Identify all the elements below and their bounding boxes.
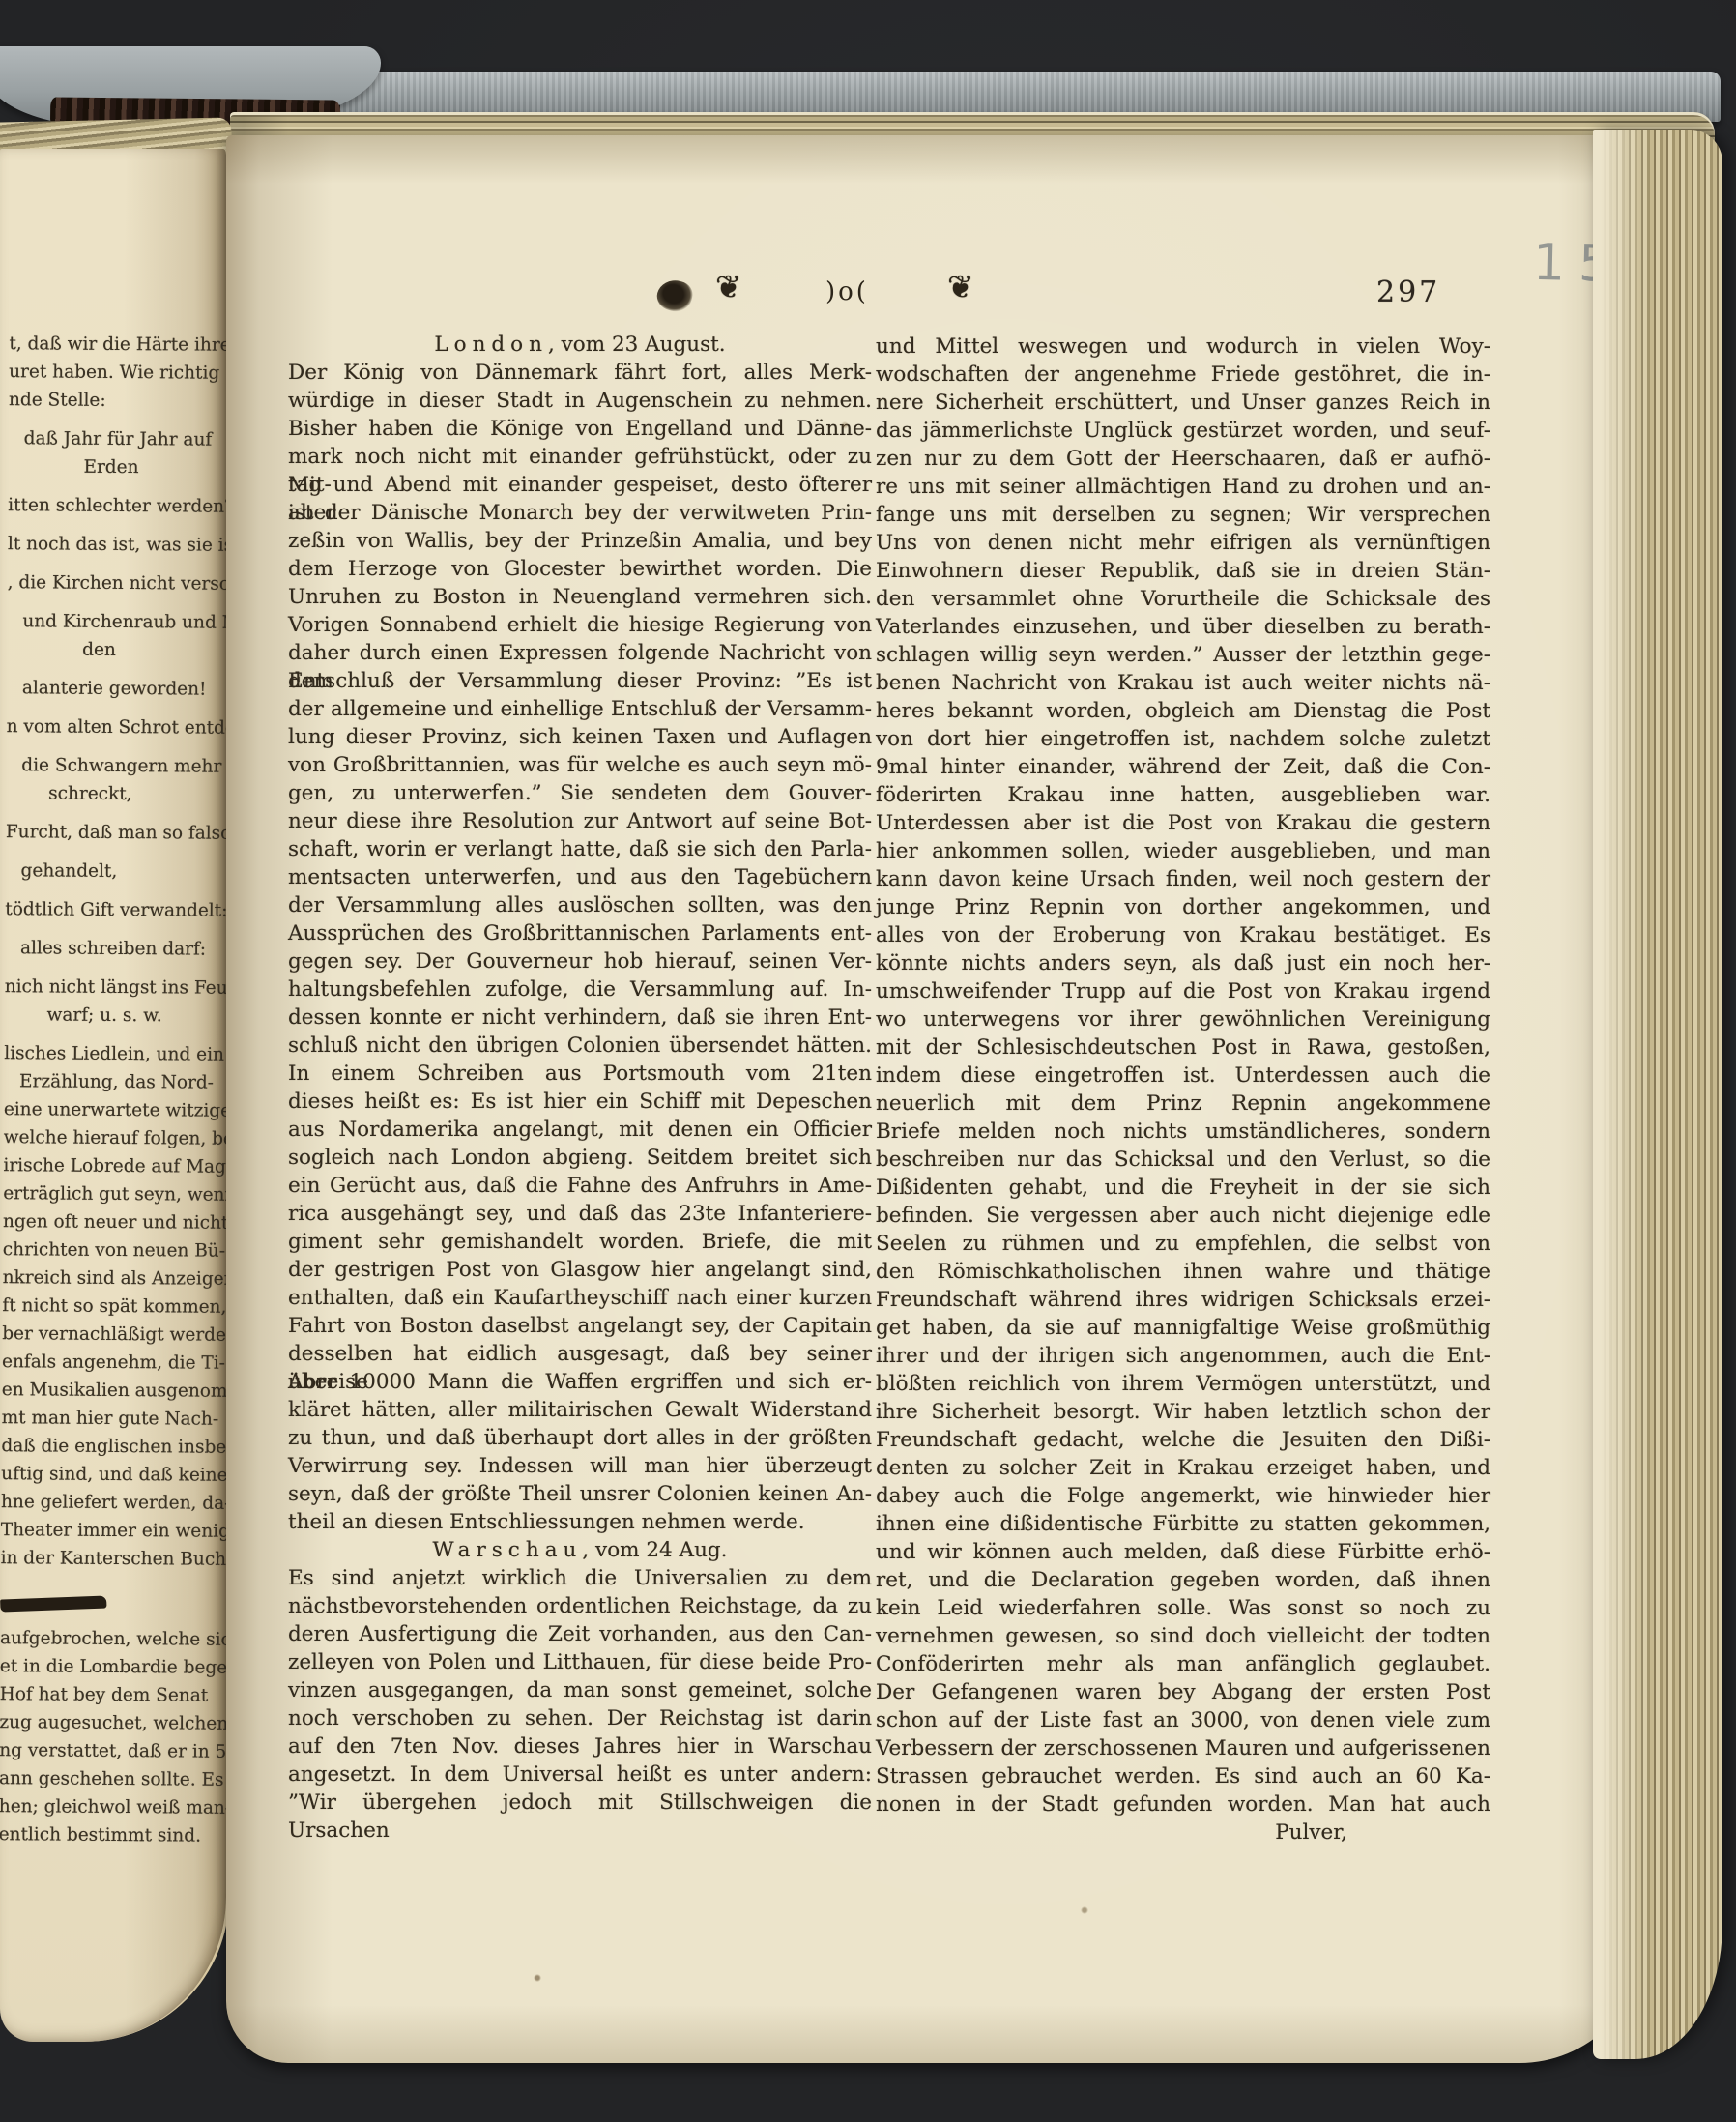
text-line: junge Prinz Repnin von dorther angekomme…: [876, 893, 1490, 921]
text-line: sogleich nach London abgieng. Seitdem br…: [288, 1144, 872, 1172]
text-line: föderirten Krakau inne hatten, ausgeblie…: [876, 781, 1490, 809]
fragment-line: entlich bestimmt sind.: [0, 1820, 229, 1850]
fleuron-ornament-icon: ❦: [947, 271, 974, 303]
text-line: auf den 7ten Nov. dieses Jahres hier in …: [288, 1732, 872, 1760]
fragment-line: Furcht, daß man so falsch: [6, 818, 229, 848]
fragment-line: in der Kanterschen Buch-: [1, 1544, 229, 1574]
text-line: daher durch einen Expressen folgende Nac…: [288, 639, 872, 667]
ink-blot: [654, 276, 696, 315]
text-line: kläret hätten, aller militairischen Gewa…: [288, 1396, 872, 1424]
fragment-line: die Schwangern mehr er-: [6, 751, 229, 781]
text-line: wodschaften der angenehme Friede gestöhr…: [876, 361, 1490, 389]
page-number: 297: [1376, 276, 1440, 309]
text-line: Unruhen zu Boston in Neuengland vermehre…: [288, 583, 872, 611]
fragment-line: , die Kirchen nicht verschließt:: [8, 568, 229, 598]
fragment-line: et in die Lombardie bege-: [0, 1652, 229, 1682]
fragment-line: ngen oft neuer und nicht: [3, 1207, 229, 1237]
fragment-line: ft nicht so spät kommen,: [2, 1292, 229, 1322]
text-line: Entschluß der Versammlung dieser Provinz…: [288, 667, 872, 695]
text-line: wo unterwegens vor ihrer gewöhnlichen Ve…: [876, 1005, 1490, 1033]
fragment-line: warf; u. s. w.: [4, 1001, 229, 1031]
text-line: neur diese ihre Resolution zur Antwort a…: [288, 807, 872, 835]
text-line: Fahrt von Boston daselbst angelangt sey,…: [288, 1312, 872, 1340]
text-line: dieses heißt es: Es ist hier ein Schiff …: [288, 1088, 872, 1116]
fragment-line: uftig sind, und daß keine: [1, 1460, 229, 1490]
fragment-line: aufgebrochen, welche sich: [0, 1624, 229, 1654]
text-line: schlagen willig seyn werden.” Ausser der…: [876, 641, 1490, 669]
fragment-line: lisches Liedlein, und ein: [4, 1039, 229, 1069]
text-line: Verbessern der zerschossenen Mauren und …: [876, 1734, 1490, 1762]
text-line: 9mal hinter einander, während der Zeit, …: [876, 753, 1490, 781]
text-line: Es sind anjetzt wirklich die Universalie…: [288, 1564, 872, 1592]
text-line: Unterdessen aber ist die Post von Krakau…: [876, 809, 1490, 837]
text-line: zeßin von Wallis, bey der Prinzeßin Amal…: [288, 527, 872, 555]
text-line: das jämmerlichste Unglück gestürzet word…: [876, 417, 1490, 445]
fragment-line: hen; gleichwol weiß man-: [0, 1792, 229, 1822]
fragment-line: alanterie geworden!: [7, 674, 229, 704]
text-line: Conföderirten mehr als man anfänglich ge…: [876, 1650, 1490, 1678]
text-line: rica ausgehängt sey, und daß das 23te In…: [288, 1200, 872, 1228]
text-line: und Mittel weswegen und wodurch in viele…: [876, 333, 1490, 361]
text-line: nonen in der Stadt gefunden worden. Man …: [876, 1790, 1490, 1818]
text-line: kann davon keine Ursach finden, weil noc…: [876, 865, 1490, 893]
fragment-line: n vom alten Schrot entdeckt,: [7, 712, 229, 742]
text-line: noch verschoben zu sehen. Der Reichstag …: [288, 1704, 872, 1732]
fragment-line: ng verstattet, daß er in 5: [0, 1736, 229, 1766]
fragment-line: chrichten von neuen Bü-: [3, 1235, 229, 1265]
dateline-date: , vom 24 Aug.: [582, 1538, 727, 1562]
fragment-line: Erzählung, das Nord-: [4, 1067, 229, 1097]
book-photograph: t, daß wir die Härte ihreruret haben. Wi…: [0, 0, 1736, 2122]
text-line: der allgemeine und einhellige Entschluß …: [288, 695, 872, 723]
dateline-city: London: [434, 333, 548, 357]
text-line: vinzen ausgegangen, da man sonst gemeine…: [288, 1676, 872, 1704]
text-line: ihnen eine dißidentische Fürbitte zu sta…: [876, 1510, 1490, 1538]
text-line: blößten reichlich von ihrem Vermögen unt…: [876, 1370, 1490, 1398]
fragment-line: lt noch das ist, was sie ist,: [8, 530, 229, 560]
text-line: Briefe melden noch nichts umständlichere…: [876, 1118, 1490, 1146]
text-line: könnte nichts anders seyn, als daß just …: [876, 949, 1490, 977]
text-line: giment sehr gemishandelt worden. Briefe,…: [288, 1228, 872, 1256]
text-line: gegen sey. Der Gouverneur hob hierauf, s…: [288, 947, 872, 975]
text-line: aus Nordamerika angelangt, mit denen ein…: [288, 1116, 872, 1144]
text-line: Freundschaft gedacht, welche die Jesuite…: [876, 1426, 1490, 1454]
text-line: tag und Abend mit einander gespeiset, de…: [288, 471, 872, 499]
signature-mark: )o(: [825, 277, 869, 306]
text-line: deren Ausfertigung die Zeit vorhanden, a…: [288, 1620, 872, 1648]
fragment-line: daß die englischen insbe-: [1, 1432, 229, 1462]
text-line: mit der Schlesischdeutschen Post in Rawa…: [876, 1033, 1490, 1061]
text-line: seyn, daß der größte Theil unsrer Coloni…: [288, 1480, 872, 1508]
text-line: Aussprüchen des Großbrittannischen Parla…: [288, 919, 872, 947]
text-line: Uns von denen nicht mehr eifrigen als ve…: [876, 529, 1490, 557]
text-line: zen nur zu dem Gott der Heerschaaren, da…: [876, 445, 1490, 473]
text-line: desselben hat eidlich ausgesagt, daß bey…: [288, 1340, 872, 1368]
text-line: Vaterlandes einzusehen, und über dieselb…: [876, 613, 1490, 641]
fragment-line: erträglich gut seyn, wenn: [3, 1179, 229, 1209]
text-line: alles von der Eroberung von Krakau bestä…: [876, 921, 1490, 949]
text-line: zu thun, und daß überhaupt dort alles in…: [288, 1424, 872, 1452]
text-line: neuerlich mit dem Prinz Repnin angekomme…: [876, 1090, 1490, 1118]
text-line: schluß nicht den übrigen Colonien überse…: [288, 1032, 872, 1060]
article-heading-warschau: Warschau, vom 24 Aug.: [288, 1536, 872, 1564]
text-line: In einem Schreiben aus Portsmouth vom 21…: [288, 1060, 872, 1088]
fragment-line: ber vernachläßigt werden;: [2, 1320, 229, 1350]
book-fore-edge: [1593, 130, 1722, 2059]
fragment-line: alles schreiben darf:: [5, 934, 229, 964]
text-line: gen, zu unterwerfen.” Sie sendeten dem G…: [288, 779, 872, 807]
text-line: kein Leid wiederfahren solle. Was sonst …: [876, 1594, 1490, 1622]
text-line: theil an diesen Entschliessungen nehmen …: [288, 1508, 872, 1536]
fragment-line: den: [7, 635, 229, 665]
fragment-line: nde Stelle:: [9, 386, 229, 416]
fragment-line: enfals angenehm, die Ti-: [2, 1348, 229, 1378]
fleuron-ornament-icon: ❦: [715, 271, 742, 303]
text-line: Der Gefangenen waren bey Abgang der erst…: [876, 1678, 1490, 1706]
text-line: ret, und die Declaration gegeben worden,…: [876, 1566, 1490, 1594]
text-line: von dort hier eingetroffen ist, nachdem …: [876, 725, 1490, 753]
text-line: nere Sicherheit erschüttert, und Unser g…: [876, 389, 1490, 417]
warschau-article-lines: Es sind anjetzt wirklich die Universalie…: [288, 1564, 872, 1817]
london-article-lines: Der König von Dännemark fährt fort, alle…: [288, 359, 872, 1536]
fragment-line: eine unerwartete witzige: [4, 1095, 229, 1125]
text-line: beschreiben nur das Schicksal und den Ve…: [876, 1146, 1490, 1174]
fragment-line: nkreich sind als Anzeigen: [3, 1264, 229, 1294]
text-line: Freundschaft während ihres widrigen Schi…: [876, 1286, 1490, 1314]
catchword: Pulver,: [876, 1818, 1490, 1846]
fragment-line: tödtlich Gift verwandelt:: [5, 895, 229, 925]
fragment-line: zug augesuchet, welchen: [0, 1708, 229, 1738]
text-line: fange uns mit derselben zu segnen; Wir v…: [876, 501, 1490, 529]
dateline-city: Warschau: [432, 1538, 582, 1562]
text-line: Der König von Dännemark fährt fort, alle…: [288, 359, 872, 387]
article-heading-london: London, vom 23 August.: [288, 331, 872, 359]
text-line: mentsacten unterwerfen, und aus den Tage…: [288, 863, 872, 891]
text-line: lung dieser Provinz, sich keinen Taxen u…: [288, 723, 872, 751]
text-line: Verwirrung sey. Indessen will man hier ü…: [288, 1452, 872, 1480]
fragment-line: Theater immer ein wenig: [1, 1516, 229, 1546]
fragment-line: irische Lobrede auf Magi-: [3, 1151, 229, 1181]
text-line: Seelen zu rühmen und zu empfehlen, die s…: [876, 1230, 1490, 1258]
text-line: den versammlet ohne Vorurtheile die Schi…: [876, 585, 1490, 613]
fragment-line: t, daß wir die Härte ihrer: [9, 330, 229, 360]
right-column-lines: und Mittel weswegen und wodurch in viele…: [876, 333, 1490, 1818]
fragment-line: en Musikalien ausgenom-: [2, 1376, 229, 1406]
text-line: umschweifender Trupp auf die Post von Kr…: [876, 977, 1490, 1005]
text-line: dem Herzoge von Glocester bewirthet word…: [288, 555, 872, 583]
text-line: angesetzt. In dem Universal heißt es unt…: [288, 1760, 872, 1788]
text-line: schon auf der Liste fast an 3000, von de…: [876, 1706, 1490, 1734]
text-line: Dißidenten gehabt, und die Freyheit in d…: [876, 1174, 1490, 1202]
text-line: von Großbrittannien, was für welche es a…: [288, 751, 872, 779]
fragment-line: welche hierauf folgen, be-: [4, 1123, 229, 1153]
dateline-date: , vom 23 August.: [548, 333, 726, 357]
fragment-line: itten schlechter werden?: [8, 491, 229, 521]
text-line: ihre Sicherheit besorgt. Wir haben letzt…: [876, 1398, 1490, 1426]
text-line: indem diese eingetroffen ist. Unterdesse…: [876, 1061, 1490, 1090]
fragment-line: uret haben. Wie richtig: [9, 358, 229, 388]
text-line: schaft, worin er verlangt hatte, daß sie…: [288, 835, 872, 863]
text-line: haltungsbefehlen zufolge, die Versammlun…: [288, 975, 872, 1003]
text-line: heres bekannt worden, obgleich am Dienst…: [876, 697, 1490, 725]
text-line: der Versammlung alles auslöschen sollten…: [288, 891, 872, 919]
text-column-right: und Mittel weswegen und wodurch in viele…: [876, 333, 1490, 1846]
text-line: Strassen gebrauchet werden. Es sind auch…: [876, 1762, 1490, 1790]
text-line: nächstbevorstehenden ordentlichen Reichs…: [288, 1592, 872, 1620]
text-line: und wir können auch melden, daß diese Fü…: [876, 1538, 1490, 1566]
text-line: Vorigen Sonnabend erhielt die hiesige Re…: [288, 611, 872, 639]
text-line: get haben, da sie auf mannigfaltige Weis…: [876, 1314, 1490, 1342]
text-line: den Römischkatholischen ihnen wahre und …: [876, 1258, 1490, 1286]
fragment-line: gehandelt,: [5, 857, 229, 887]
text-line: würdige in dieser Stadt in Augenschein z…: [288, 387, 872, 415]
text-line: dabey auch die Folge angemerkt, wie hinw…: [876, 1482, 1490, 1510]
previous-page-text-column: t, daß wir die Härte ihreruret haben. Wi…: [0, 330, 229, 1850]
text-line: Bisher haben die Könige von Engelland un…: [288, 415, 872, 443]
fragment-line: daß Jahr für Jahr auf: [9, 424, 229, 454]
fragment-line: Hof hat bey dem Senat: [0, 1680, 229, 1710]
fragment-line: und Kirchenraub und Mor-: [7, 607, 229, 637]
text-line: ”Wir übergehen jedoch mit Stillschweigen…: [288, 1788, 872, 1817]
fragment-line: schreckt,: [6, 779, 229, 809]
text-line: re uns mit seiner allmächtigen Hand zu d…: [876, 473, 1490, 501]
text-line: mark noch nicht mit einander gefrühstück…: [288, 443, 872, 471]
fragment-line: nich nicht längst ins Feuer: [5, 973, 229, 1003]
fragment-line: hne geliefert werden, da-: [1, 1488, 229, 1518]
text-line: ihrer und der ihrigen sich angenommen, a…: [876, 1342, 1490, 1370]
text-line: ist der Dänische Monarch bey der verwitw…: [288, 499, 872, 527]
text-line: dessen konnte er nicht verhindern, daß s…: [288, 1003, 872, 1032]
fragment-line: mt man hier gute Nach-: [2, 1404, 229, 1434]
text-line: ein Gerücht aus, daß die Fahne des Anfru…: [288, 1172, 872, 1200]
fragment-line: [0, 1596, 106, 1613]
text-column-left: London, vom 23 August. Der König von Dän…: [288, 331, 872, 1817]
text-line: hier ankommen sollen, wieder ausgebliebe…: [876, 837, 1490, 865]
fragment-line: ann geschehen sollte. Es: [0, 1764, 229, 1794]
book-page: ❦ )o( ❦ 297 159 London, vom 23 August. D…: [226, 135, 1645, 2063]
previous-page-fragment: t, daß wir die Härte ihreruret haben. Wi…: [0, 149, 229, 2042]
text-line: über 10000 Mann die Waffen ergriffen und…: [288, 1368, 872, 1396]
text-line: denten zu solcher Zeit in Krakau erzeige…: [876, 1454, 1490, 1482]
fragment-line: Erden: [8, 452, 229, 482]
text-line: vernehmen gewesen, so sind doch vielleic…: [876, 1622, 1490, 1650]
text-line: Einwohnern dieser Republik, daß sie in d…: [876, 557, 1490, 585]
text-line: der gestrigen Post von Glasgow hier ange…: [288, 1256, 872, 1284]
text-line: enthalten, daß ein Kaufartheyschiff nach…: [288, 1284, 872, 1312]
text-line: benen Nachricht von Krakau ist auch weit…: [876, 669, 1490, 697]
text-line: zelleyen von Polen und Litthauen, für di…: [288, 1648, 872, 1676]
text-line: befinden. Sie vergessen aber auch nicht …: [876, 1202, 1490, 1230]
